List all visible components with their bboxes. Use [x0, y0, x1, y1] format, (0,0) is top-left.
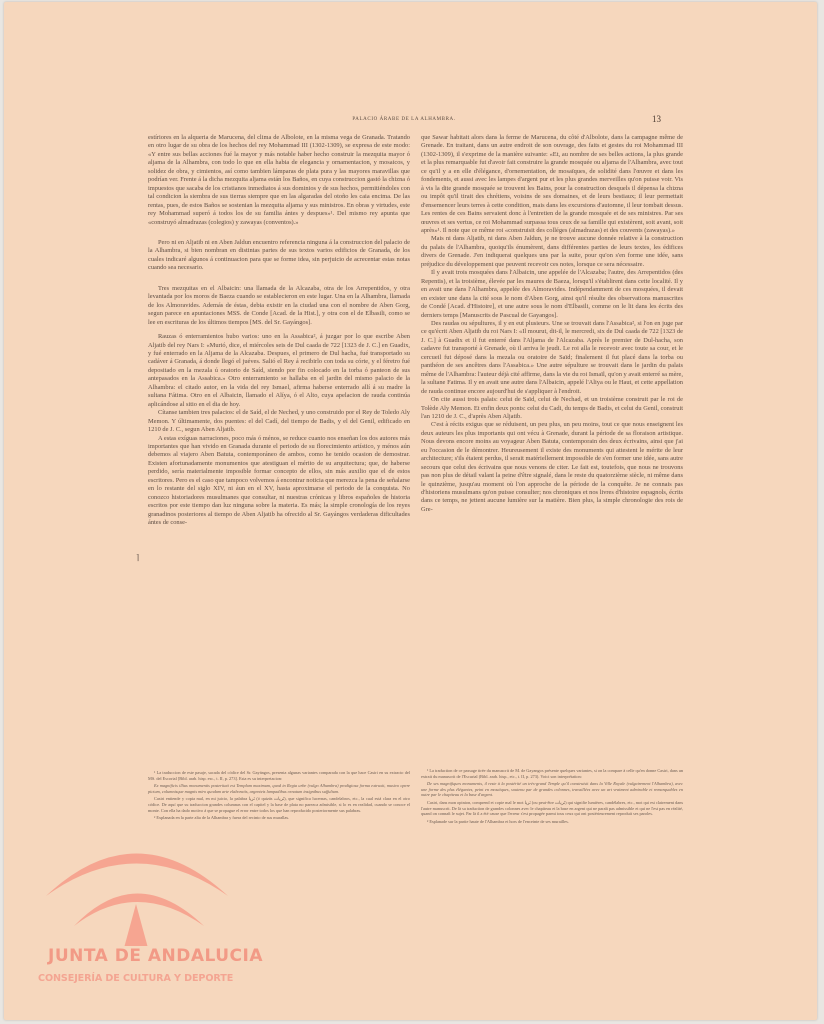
footnote: ² Explanada en la parte alta de la Alham…	[148, 815, 410, 821]
paragraph: On cite aussi trois palais: celui de Saï…	[421, 396, 683, 421]
junta-andalucia-watermark: JUNTA DE ANDALUCIA CONSEJERÍA DE CULTURA…	[36, 836, 246, 996]
right-footnotes: ¹ La traduction de ce passage tirée du m…	[421, 768, 683, 826]
paragraph: A estas exíguas narraciones, poco más ó …	[148, 435, 410, 528]
paragraph: estíriores en la alqueria de Marucena, d…	[148, 134, 410, 227]
margin-mark: ⌉	[136, 553, 139, 562]
paragraph: Rauzas ó enterramientos hubo varios: uno…	[148, 333, 410, 409]
left-footnotes: ¹ La traduccion de este pasaje, sacada d…	[148, 770, 410, 823]
running-head: Palacio árabe de la Alhambra.	[144, 117, 664, 122]
paragraph: Des raudas ou sépultures, il y en eut pl…	[421, 320, 683, 396]
footnote: De ses magnifiques monuments, il reste à…	[421, 781, 683, 798]
left-column-spanish: estíriores en la alqueria de Marucena, d…	[148, 134, 410, 527]
arches-logo-icon	[36, 836, 246, 946]
paragraph: que Sawar habitait alors dans la ferme d…	[421, 134, 683, 235]
paragraph: Il y avait trois mosquées dans l'Albaici…	[421, 269, 683, 320]
paragraph: C'est à récits exigus que se réduisent, …	[421, 421, 683, 514]
footnote: ¹ La traduccion de este pasaje, sacada d…	[148, 770, 410, 781]
footnote: Casiri entiende y copia mal, en mi juici…	[148, 796, 410, 813]
paragraph: Pero ni en Aljatib ni en Aben Jaldun enc…	[148, 239, 410, 273]
footnote: Casiri, dans mon opinion, comprend et co…	[421, 800, 683, 817]
right-column-french: que Sawar habitait alors dans la ferme d…	[421, 134, 683, 514]
paragraph: Cítanse tambien tres palacios: el de Saí…	[148, 409, 410, 434]
footnote: Ex magnificis illius monumentis posterit…	[148, 783, 410, 794]
footnote: ² Esplanade sur la partie haute de l'Alh…	[421, 819, 683, 825]
watermark-subtitle: CONSEJERÍA DE CULTURA Y DEPORTE	[38, 973, 258, 984]
paragraph: Mais ni dans Aljatib, ni dans Aben Jaldu…	[421, 235, 683, 269]
paragraph: Tres mezquitas en el Albaicin: una llama…	[148, 285, 410, 327]
page-number: 13	[652, 114, 661, 124]
footnote: ¹ La traduction de ce passage tirée du m…	[421, 768, 683, 779]
watermark-title: JUNTA DE ANDALUCIA	[48, 946, 248, 966]
